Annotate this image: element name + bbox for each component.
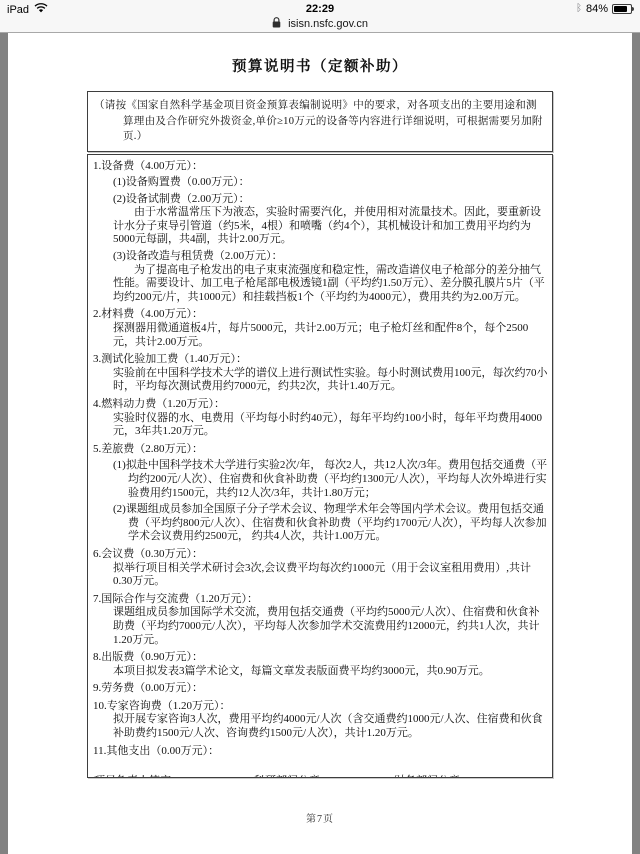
budget-subitem-label: (2)设备试制费（2.00万元）： xyxy=(113,193,548,207)
budget-item-label: 4.燃料动力费（1.20万元）： xyxy=(93,398,548,412)
document-title: 预算说明书（定额补助） xyxy=(8,55,632,76)
budget-item: 8.出版费（0.90万元）：本项目拟发表3篇学术论文，每篇文章发表版面费平均约3… xyxy=(93,651,548,678)
budget-item-label: 11.其他支出（0.00万元）： xyxy=(93,745,548,759)
url-bar[interactable]: isisn.nsfc.gov.cn xyxy=(0,17,640,32)
budget-item: 10.专家咨询费（1.20万元）：拟开展专家咨询3人次，费用平均约4000元/人… xyxy=(93,700,548,741)
budget-subitem-body: 由于水常温常压下为液态，实验时需要汽化，并使用相对流量技术。因此，要重新设计水分… xyxy=(113,206,548,247)
budget-item: 4.燃料动力费（1.20万元）：实验时仪器的水、电费用（平均每小时约40元），每… xyxy=(93,398,548,439)
battery-fill xyxy=(614,6,627,12)
budget-subitem-body: 为了提高电子枪发出的电子束束流强度和稳定性，需改造谱仪电子枪部分的差分抽气性能。… xyxy=(113,264,548,305)
budget-item-body: 拟举行项目相关学术研讨会3次,会议费平均每次约1000元（用于会议室租用费用）,… xyxy=(113,562,548,589)
clock: 22:29 xyxy=(0,3,640,15)
battery-icon xyxy=(612,4,632,14)
budget-item: 2.材料费（4.00万元）：探测器用微通道板4片，每片5000元，共计2.00万… xyxy=(93,308,548,349)
signature-label-project-leader: 项目负责人签字： xyxy=(94,775,182,777)
budget-item-label: 9.劳务费（0.00万元）： xyxy=(93,682,548,696)
budget-items-box: 1.设备费（4.00万元）：(1)设备购置费（0.00万元）：(2)设备试制费（… xyxy=(87,154,553,778)
status-right-group: ᛒ 84% xyxy=(576,3,635,15)
budget-items-list: 1.设备费（4.00万元）：(1)设备购置费（0.00万元）：(2)设备试制费（… xyxy=(93,160,548,759)
budget-item-label: 10.专家咨询费（1.20万元）： xyxy=(93,700,548,714)
budget-item-label: 3.测试化验加工费（1.40万元）： xyxy=(93,353,548,367)
status-bar-top-row: iPad 22:29 ᛒ 84% xyxy=(0,0,640,17)
lock-icon xyxy=(272,19,284,31)
browser-viewport[interactable]: 预算说明书（定额补助） （请按《国家自然科学基金项目资金预算表编制说明》中的要求… xyxy=(0,33,640,854)
budget-item-body: 实验时仪器的水、电费用（平均每小时约40元），每年平均约100小时，每年平均费用… xyxy=(113,412,548,439)
budget-item-body: 拟开展专家咨询3人次，费用平均约4000元/人次（含交通费约1000元/人次、住… xyxy=(113,713,548,740)
budget-item: 11.其他支出（0.00万元）： xyxy=(93,745,548,759)
budget-subitem: (2)课题组成员参加全国原子分子学术会议、物理学术年会等国内学术会议。费用包括交… xyxy=(113,503,548,544)
budget-item: 6.会议费（0.30万元）：拟举行项目相关学术研讨会3次,会议费平均每次约100… xyxy=(93,548,548,589)
budget-item-label: 7.国际合作与交流费（1.20万元）： xyxy=(93,593,548,607)
note-box: （请按《国家自然科学基金项目资金预算表编制说明》中的要求，对各项支出的主要用途和… xyxy=(87,91,553,152)
status-bar: iPad 22:29 ᛒ 84% xyxy=(0,0,640,33)
page-number: 第7页 xyxy=(8,810,632,825)
page-gutter-left xyxy=(0,33,8,854)
battery-nub xyxy=(632,7,634,11)
signature-label-finance-dept: 财务部门公章： xyxy=(394,775,471,777)
budget-item: 7.国际合作与交流费（1.20万元）：课题组成员参加国际学术交流，费用包括交通费… xyxy=(93,593,548,647)
budget-item-label: 2.材料费（4.00万元）： xyxy=(93,308,548,322)
budget-item: 3.测试化验加工费（1.40万元）：实验前在中国科学技术大学的谱仪上进行测试性实… xyxy=(93,353,548,394)
budget-subitem-label: (1)设备购置费（0.00万元）： xyxy=(113,176,548,190)
page-gutter-right xyxy=(632,33,640,854)
budget-item-label: 6.会议费（0.30万元）： xyxy=(93,548,548,562)
budget-item-body: 探测器用微通道板4片，每片5000元，共计2.00万元；电子枪灯丝和配件8个，每… xyxy=(113,322,548,349)
budget-item: 9.劳务费（0.00万元）： xyxy=(93,682,548,696)
ipad-screen: iPad 22:29 ᛒ 84% xyxy=(0,0,640,854)
signature-label-research-dept: 科研部门公章： xyxy=(254,775,331,777)
battery-percent: 84% xyxy=(586,3,608,15)
budget-item: 1.设备费（4.00万元）：(1)设备购置费（0.00万元）：(2)设备试制费（… xyxy=(93,160,548,305)
budget-item-label: 8.出版费（0.90万元）： xyxy=(93,651,548,665)
budget-subitem-label: (3)设备改造与租赁费（2.00万元）： xyxy=(113,250,548,264)
budget-item: 5.差旅费（2.80万元）：(1)拟赴中国科学技术大学进行实验2次/年， 每次2… xyxy=(93,443,548,544)
budget-subitem: (1)拟赴中国科学技术大学进行实验2次/年， 每次2人，共12人次/3年。费用包… xyxy=(113,459,548,500)
budget-item-body: 实验前在中国科学技术大学的谱仪上进行测试性实验。每小时测试费用100元，每次约7… xyxy=(113,367,548,394)
budget-item-body: 本项目拟发表3篇学术论文，每篇文章发表版面费平均约3000元，共0.90万元。 xyxy=(113,665,548,679)
budget-item-body: 课题组成员参加国际学术交流，费用包括交通费（平均约5000元/人次）、住宿费和伙… xyxy=(113,606,548,647)
budget-item-label: 5.差旅费（2.80万元）： xyxy=(93,443,548,457)
note-text: （请按《国家自然科学基金项目资金预算表编制说明》中的要求，对各项支出的主要用途和… xyxy=(94,98,546,145)
budget-item-label: 1.设备费（4.00万元）： xyxy=(93,160,548,174)
bluetooth-icon: ᛒ xyxy=(576,4,582,14)
url-text: isisn.nsfc.gov.cn xyxy=(288,18,368,30)
signature-row: 项目负责人签字： 科研部门公章： 财务部门公章： xyxy=(93,775,548,777)
document-page: 预算说明书（定额补助） （请按《国家自然科学基金项目资金预算表编制说明》中的要求… xyxy=(8,33,632,854)
